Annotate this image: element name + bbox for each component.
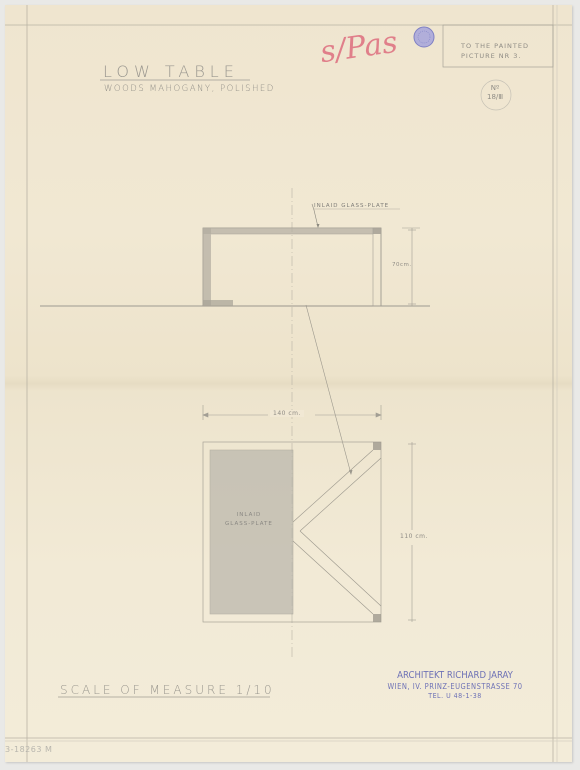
stamp-line-1: ARCHITEKT RICHARD JARAY	[380, 670, 530, 681]
width-dimension-label: 140 cm.	[270, 410, 304, 417]
drawing-title: LOW TABLE	[103, 62, 239, 81]
drawing-subtitle: WOODS MAHOGANY, POLISHED	[104, 84, 275, 94]
depth-dimension	[408, 442, 416, 622]
top-glass-line-2: GLASS-PLATE	[225, 520, 273, 529]
sheet-frame	[5, 5, 572, 762]
stamp-line-3: TEL. U 48-1-38	[380, 692, 530, 700]
architect-stamp: ARCHITEKT RICHARD JARAY WIEN, IV. PRINZ-…	[380, 670, 530, 700]
reference-text: TO THE PAINTED PICTURE NR 3.	[461, 41, 529, 61]
top-view	[203, 442, 381, 622]
inventory-mark: 3-18263 M	[5, 745, 52, 754]
seal-icon	[414, 27, 434, 47]
side-elevation	[203, 204, 400, 306]
number-circle-text: Nº 18/Ⅲ	[487, 84, 503, 102]
stamp-line-2: WIEN, IV. PRINZ-EUGENSTRASSE 70	[380, 682, 530, 691]
reference-line-2: PICTURE NR 3.	[461, 51, 529, 61]
drawing-linework	[0, 0, 580, 770]
side-glass-label: INLAID GLASS-PLATE	[314, 203, 389, 209]
number-line-2: 18/Ⅲ	[487, 93, 503, 102]
top-glass-label: INLAID GLASS-PLATE	[225, 511, 273, 529]
number-line-1: Nº	[487, 84, 503, 93]
reference-line-1: TO THE PAINTED	[461, 41, 529, 51]
top-glass-line-1: INLAID	[225, 511, 273, 520]
scale-label: SCALE OF MEASURE 1/10	[60, 683, 275, 697]
height-dimension-label: 70cm.	[392, 262, 412, 268]
depth-dimension-label: 110 cm.	[400, 533, 428, 540]
leader-line	[306, 305, 351, 474]
